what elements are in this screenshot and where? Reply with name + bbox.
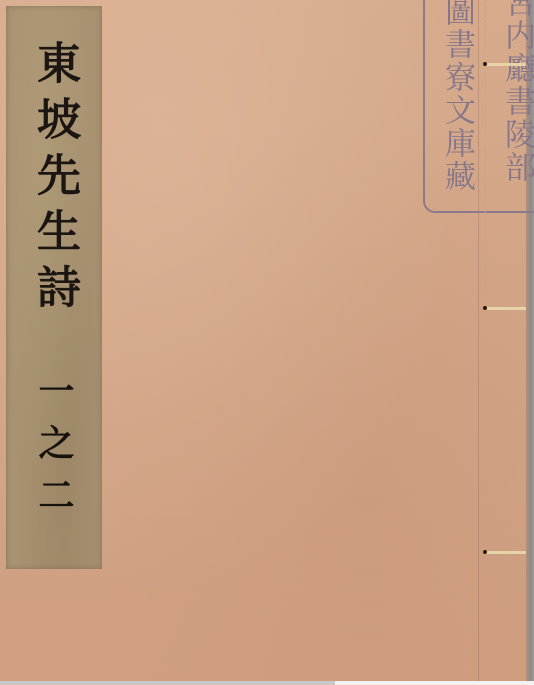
volume-number: 一之二 — [30, 372, 80, 528]
binding-stitch-3 — [484, 551, 526, 554]
stamp-text-library: 圖書寮文庫藏 — [440, 0, 474, 193]
binding-stitch-1 — [484, 63, 526, 66]
scrollbar-thumb[interactable] — [0, 681, 335, 685]
binding-fold — [478, 0, 479, 681]
binding-stitch-2 — [484, 307, 526, 310]
stamp-text-agency: 宮内廳書陵部 — [500, 0, 534, 184]
book-title: 東坡先生詩 — [22, 40, 82, 320]
horizontal-scrollbar[interactable] — [0, 681, 534, 685]
binding-thread-line — [485, 0, 486, 681]
